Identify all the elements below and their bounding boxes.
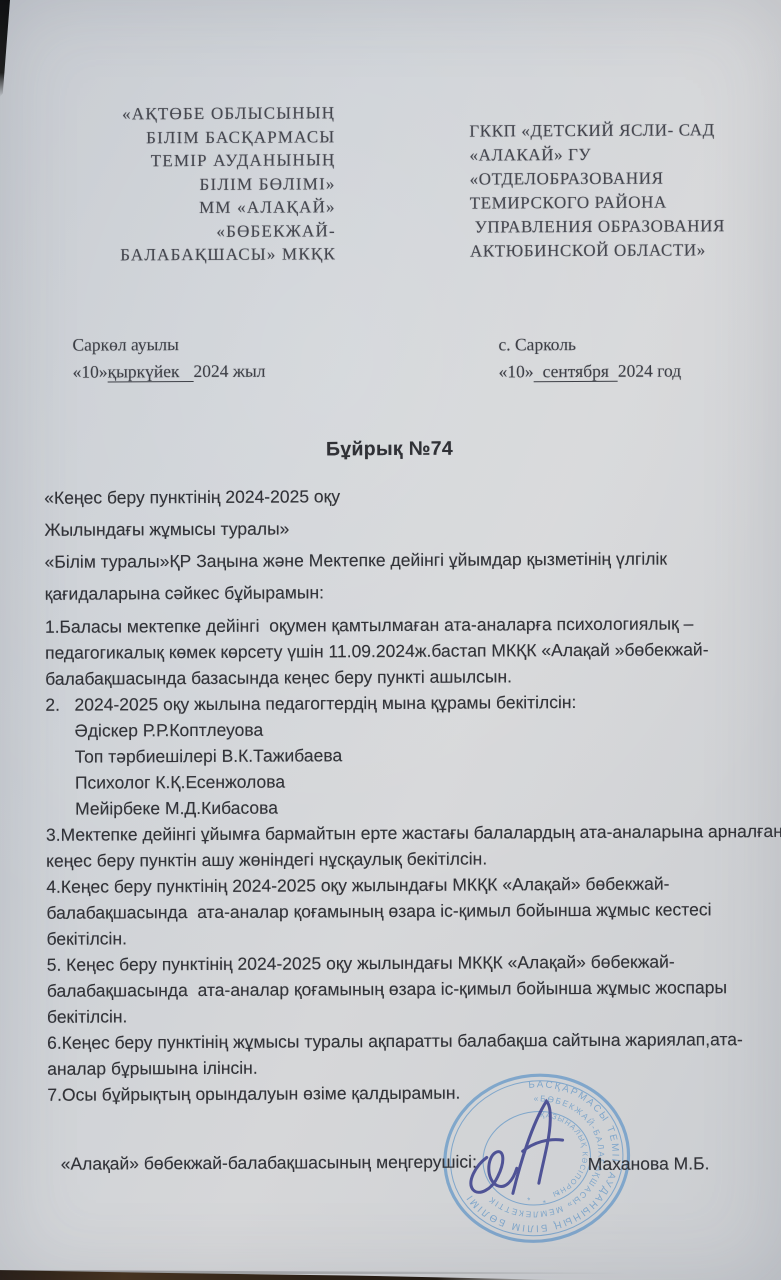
body-line: 2. 2024-2025 оқу жылына педагогтердің мы… — [45, 688, 781, 718]
date-quote: «10» — [499, 361, 534, 381]
order-title: Бұйрық №74 — [0, 436, 780, 463]
body-line: 3.Мектепке дейінгі ұйымға бармайтын ерте… — [46, 818, 781, 848]
date-line: «10»сентября2024 год — [499, 357, 682, 385]
letterhead-line: ТЕМИРСКОГО РАЙОНА — [470, 190, 760, 216]
letterhead-line: АКТЮБИНСКОЙ ОБЛАСТИ» — [470, 238, 760, 264]
dateline-kazakh: Саркөл ауылы «10»қыркүйек2024 жыл — [72, 331, 265, 386]
letterhead-line: БАЛАБАҚШАСЫ» МКҚК — [68, 242, 336, 267]
date-line: «10»қыркүйек2024 жыл — [73, 358, 266, 386]
letterhead-line: «АЛАКАЙ» ГУ — [469, 142, 759, 168]
body-line: «Кеңес беру пунктінің 2024-2025 оқу — [44, 478, 764, 514]
letterhead-kazakh: «АҚТӨБЕ ОБЛЫСЫНЫҢ БІЛІМ БАСҚАРМАСЫ ТЕМІР… — [67, 101, 336, 267]
body-line: «Білім туралы»ҚР Заңына және Мектепке де… — [45, 542, 765, 578]
letterhead-line: ММ «АЛАҚАЙ» — [68, 195, 336, 220]
staff-list-item: Мейірбеке М.Д.Кибасова — [46, 792, 781, 822]
date-month-underlined: қыркүйек — [108, 361, 194, 382]
staff-list-item: Топ тәрбиешілері В.К.Тажибаева — [46, 740, 781, 770]
order-subject: «Кеңес беру пунктінің 2024-2025 оқу Жылы… — [44, 478, 765, 610]
letterhead-line: ТЕМІР АУДАНЫНЫҢ — [67, 148, 335, 173]
date-month-underlined: сентября — [534, 361, 618, 382]
order-body: 1.Баласы мектепке дейінгі оқумен қамтылм… — [45, 610, 781, 1108]
signature-label: «Алақай» бөбекжай-балабақшасының меңгеру… — [61, 1152, 477, 1175]
body-line: педагогикалық көмек көрсету үшін 11.09.2… — [45, 636, 781, 666]
body-line: Жылындағы жұмысы туралы» — [44, 510, 764, 546]
letterhead-russian: ГККП «ДЕТСКИЙ ЯСЛИ- САД «АЛАКАЙ» ГУ «ОТД… — [469, 118, 760, 264]
handwritten-signature-icon — [458, 1093, 585, 1216]
letterhead-line: «АҚТӨБЕ ОБЛЫСЫНЫҢ — [67, 101, 335, 126]
body-line: 5. Кеңес беру пунктінің 2024-2025 оқу жы… — [47, 948, 781, 978]
body-line: бекітілсін. — [46, 922, 781, 952]
body-line: қағидаларына сәйкес бұйырамын: — [45, 574, 765, 610]
signatory-name: Маханова М.Б. — [588, 1153, 710, 1175]
body-line: бекітілсін. — [47, 1000, 781, 1030]
body-line: кеңес беру пунктін ашу жөніндегі нұсқаул… — [46, 844, 781, 874]
body-line: 1.Баласы мектепке дейінгі оқумен қамтылм… — [45, 610, 781, 640]
body-line: 4.Кеңес беру пунктінің 2024-2025 оқу жыл… — [46, 870, 781, 900]
body-line: 6.Кеңес беру пунктінің жұмысы туралы ақп… — [47, 1026, 781, 1056]
letterhead-line: БІЛІМ БӨЛІМІ» — [68, 172, 336, 197]
date-quote: «10» — [73, 361, 108, 381]
letterhead-line: ГККП «ДЕТСКИЙ ЯСЛИ- САД — [469, 118, 759, 144]
letterhead-line: БІЛІМ БАСҚАРМАСЫ — [67, 125, 335, 150]
body-line: аналар бұрышына ілінсін. — [47, 1052, 781, 1082]
place-name: Саркөл ауылы — [72, 331, 265, 359]
letterhead-line: «БӨБЕКЖАЙ- — [68, 219, 336, 244]
staff-list-item: Психолог К.Қ.Есенжолова — [46, 766, 781, 796]
letterhead-line: УПРАВЛЕНИЯ ОБРАЗОВАНИЯ — [470, 214, 760, 240]
body-line: балабақшасында ата-аналар қоғамының өзар… — [47, 974, 781, 1004]
date-year: 2024 год — [618, 360, 681, 380]
document-content: «АҚТӨБЕ ОБЛЫСЫНЫҢ БІЛІМ БАСҚАРМАСЫ ТЕМІР… — [0, 0, 781, 1280]
date-year: 2024 жыл — [193, 361, 265, 381]
body-line: балабақшасында базасында кеңес беру пунк… — [45, 662, 781, 692]
body-line: балабақшасында ата-аналар қоғамының өзар… — [46, 896, 781, 926]
staff-list-item: Әдіскер Р.Р.Коптлеуова — [45, 714, 781, 744]
letterhead-line: «ОТДЕЛОБРАЗОВАНИЯ — [470, 166, 760, 192]
place-name: с. Сарколь — [498, 330, 681, 358]
body-line: 7.Осы бұйрықтың орындалуын өзіме қалдыра… — [47, 1078, 781, 1108]
scanned-page: «АҚТӨБЕ ОБЛЫСЫНЫҢ БІЛІМ БАСҚАРМАСЫ ТЕМІР… — [0, 0, 781, 1280]
dateline-russian: с. Сарколь «10»сентября2024 год — [498, 330, 681, 385]
